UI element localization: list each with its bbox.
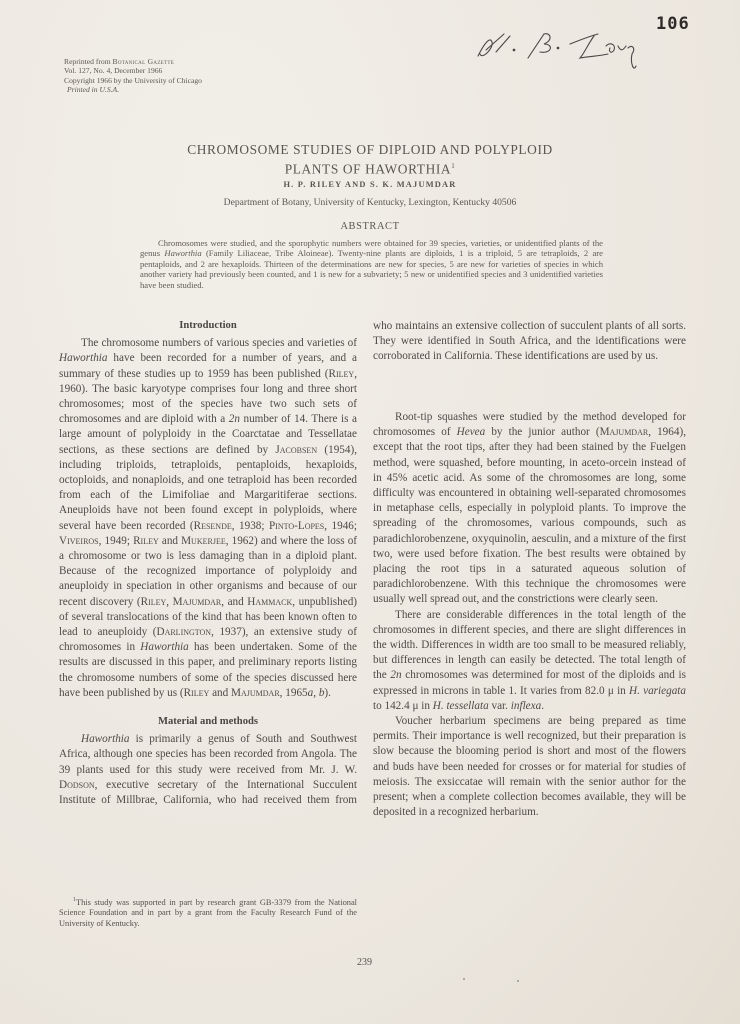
authors: H. P. Riley and S. K. Majumdar	[100, 180, 640, 189]
document-page: Reprinted from Botanical Gazette Vol. 12…	[0, 0, 740, 1024]
affiliation: Department of Botany, University of Kent…	[100, 197, 640, 208]
copyright-line: Copyright 1966 by the University of Chic…	[64, 76, 202, 85]
paper-speck	[517, 980, 519, 982]
left-column: Introduction The chromosome numbers of v…	[59, 318, 357, 808]
title-footnote-mark: 1	[451, 162, 455, 170]
paper-speck	[463, 978, 465, 980]
article-title: Chromosome studies of diploid and polypl…	[100, 142, 640, 177]
reprint-source-line: Reprinted from Botanical Gazette	[64, 57, 202, 66]
methods-heading: Material and methods	[59, 714, 357, 729]
methods-paragraph-2: Root-tip squashes were studied by the me…	[373, 410, 686, 608]
introduction-heading: Introduction	[59, 318, 357, 333]
methods-paragraph-1: Haworthia is primarily a genus of South …	[59, 732, 357, 808]
methods-paragraph-1-overflow: Haworthia is primarily a genus of South …	[373, 319, 686, 365]
methods-paragraph-3: There are considerable differences in th…	[373, 608, 686, 714]
methods-paragraph-4: Voucher herbarium specimens are being pr…	[373, 714, 686, 820]
introduction-paragraph: The chromosome numbers of various specie…	[59, 336, 357, 701]
stamp-number: 106	[656, 14, 690, 34]
abstract-text: Chromosomes were studied, and the sporop…	[140, 238, 603, 290]
printed-line: Printed in U.S.A.	[64, 85, 202, 94]
footnote: 1This study was supported in part by res…	[59, 895, 357, 930]
abstract-heading: Abstract	[100, 221, 640, 232]
footnote-text: This study was supported in part by rese…	[59, 898, 357, 928]
methods-paragraph-1-continued: Haworthia is primarily a genus of South …	[373, 319, 686, 410]
reprint-notice: Reprinted from Botanical Gazette Vol. 12…	[64, 57, 202, 95]
handwritten-signature	[470, 14, 670, 74]
page-number: 239	[357, 957, 372, 968]
journal-name: Botanical Gazette	[113, 57, 175, 66]
right-column: Haworthia is primarily a genus of South …	[373, 319, 686, 820]
volume-line: Vol. 127, No. 4, December 1966	[64, 66, 202, 75]
